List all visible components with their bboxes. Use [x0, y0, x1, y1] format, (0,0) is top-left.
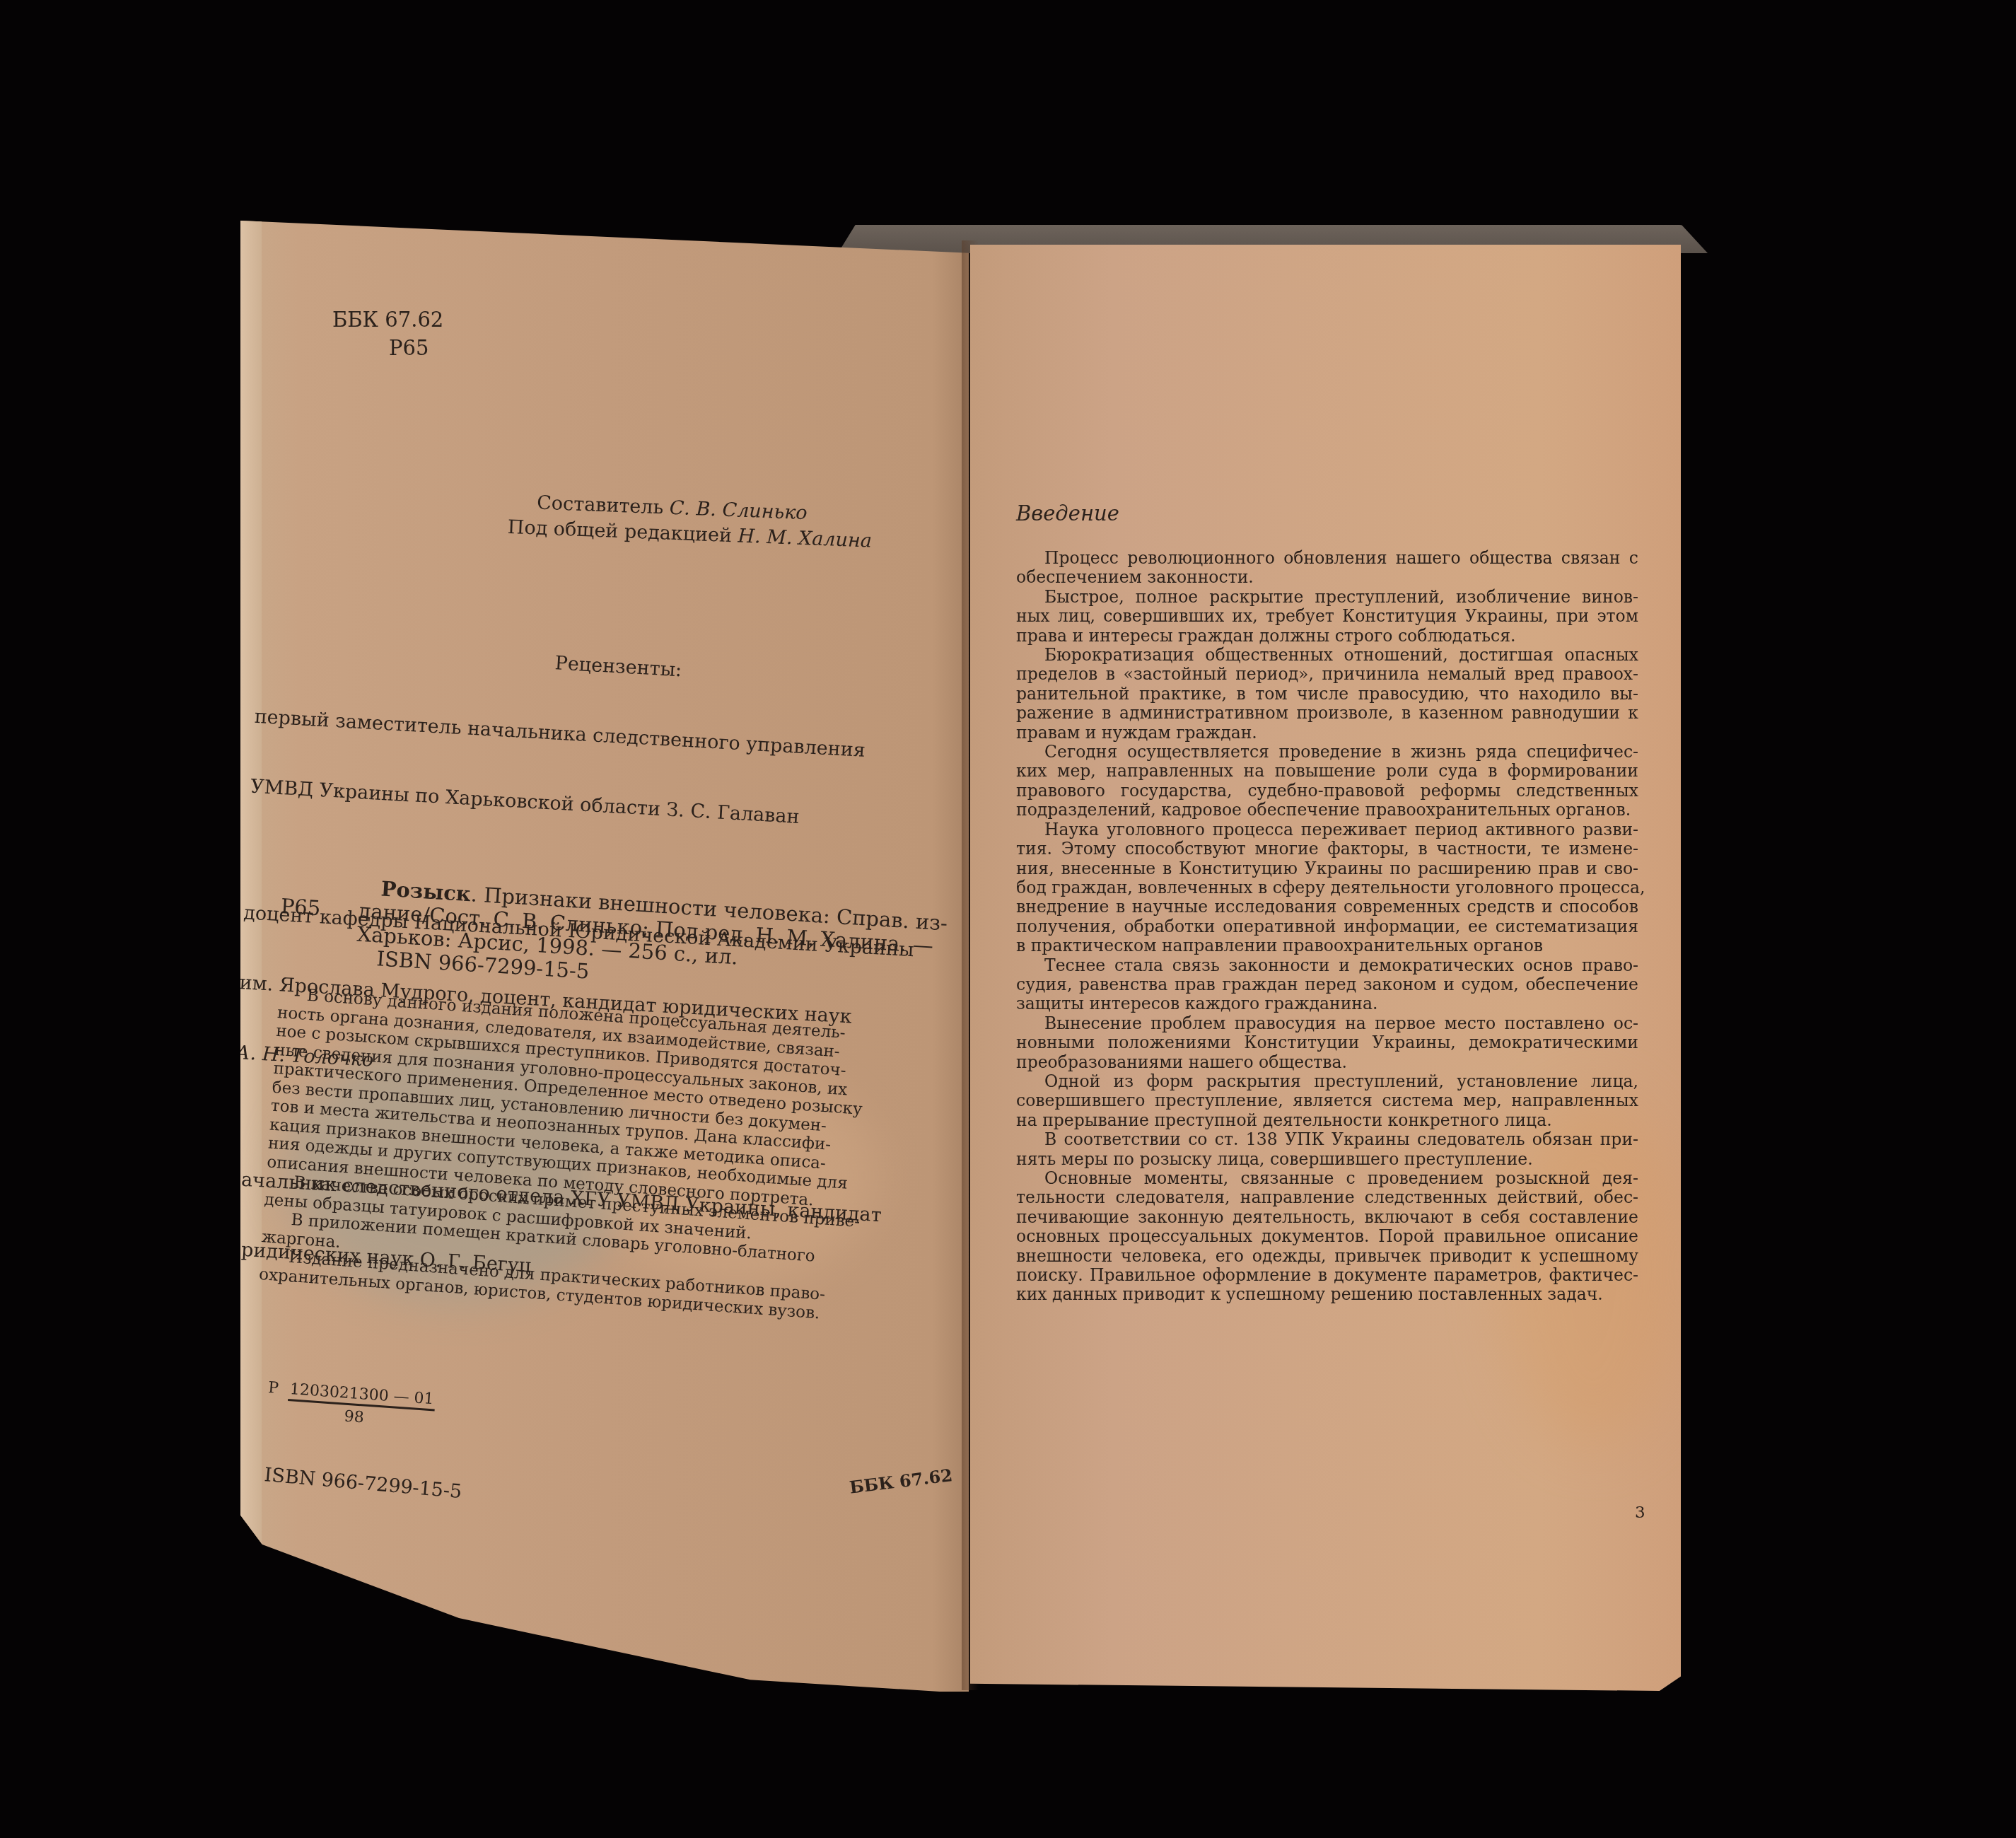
compiler-name: С. В. Слинько	[669, 497, 808, 524]
introduction-paragraph: Быстрое, полное раскрытие преступлений, …	[1016, 588, 1638, 646]
reviewer-line: первый заместитель начальника следственн…	[254, 705, 926, 766]
introduction-heading: Введение	[1016, 504, 1119, 524]
introduction-body: Процесс революционного обновления нашего…	[1016, 549, 1638, 1305]
introduction-paragraph: Наука уголовного процесса переживает пер…	[1016, 820, 1638, 956]
abstract-text: В основу данного издания положена процес…	[258, 984, 873, 1325]
text-line: защиты интересов каждого гражданина.	[1016, 994, 1638, 1013]
introduction-paragraph: Бюрократизация общественных отношений, д…	[1016, 646, 1638, 743]
right-page-introduction: Введение Процесс революционного обновлен…	[970, 245, 1681, 1691]
text-line: Теснее стала связь законности и демократ…	[1016, 956, 1638, 975]
author-mark: Р65	[332, 334, 443, 362]
text-line: Основные моменты, связанные с проведение…	[1016, 1169, 1638, 1188]
introduction-paragraph: Вынесение проблем правосудия на первое м…	[1016, 1014, 1638, 1072]
introduction-paragraph: Основные моменты, связанные с проведение…	[1016, 1169, 1638, 1305]
text-line: Процесс революционного обновления нашего…	[1016, 549, 1638, 568]
isbn-bottom: ISBN 966-7299-15-5	[264, 1465, 463, 1501]
text-line: преобразованиями нашего общества.	[1016, 1053, 1638, 1072]
text-line: печивающие законную деятельность, включа…	[1016, 1208, 1638, 1227]
text-line: правам и нуждам граждан.	[1016, 723, 1638, 743]
open-book-photo: ББК 67.62 Р65 Составитель С. В. Слинько …	[0, 0, 2016, 1838]
text-line: Быстрое, полное раскрытие преступлений, …	[1016, 588, 1638, 607]
text-line: ния, внесенные в Конституцию Украины по …	[1016, 859, 1638, 878]
text-line: пределов в «застойный период», причинила…	[1016, 665, 1638, 684]
introduction-paragraph: Одной из форм раскрытия преступлений, ус…	[1016, 1072, 1638, 1130]
text-line: Бюрократизация общественных отношений, д…	[1016, 646, 1638, 665]
text-line: тельности следователя, направление следс…	[1016, 1188, 1638, 1207]
text-line: Вынесение проблем правосудия на первое м…	[1016, 1014, 1638, 1033]
text-line: правового государства, судебно-правовой …	[1016, 781, 1638, 801]
compiler-block: Составитель С. В. Слинько Под общей реда…	[507, 489, 873, 554]
reviewer-line: УМВД Украины по Харьковской области З. С…	[250, 775, 921, 836]
left-page-copyright: ББК 67.62 Р65 Составитель С. В. Слинько …	[240, 221, 969, 1692]
text-line: совершившего преступление, является сист…	[1016, 1091, 1638, 1110]
text-line: обеспечением законности.	[1016, 568, 1638, 587]
text-line: ких мер, направленных на повышение роли …	[1016, 762, 1638, 781]
text-line: на прерывание преступной деятельности ко…	[1016, 1111, 1638, 1130]
page-number: 3	[1635, 1505, 1645, 1521]
text-line: нять меры по розыску лица, совершившего …	[1016, 1150, 1638, 1169]
text-line: подразделений, кадровое обеспечение прав…	[1016, 801, 1638, 820]
compiler-label: Составитель	[537, 492, 670, 519]
text-line: тия. Этому способствуют многие факторы, …	[1016, 839, 1638, 859]
text-line: ранительной практике, в том числе правос…	[1016, 685, 1638, 704]
introduction-paragraph: Теснее стала связь законности и демократ…	[1016, 956, 1638, 1014]
text-line: Сегодня осуществляется проведение в жизн…	[1016, 743, 1638, 762]
introduction-paragraph: Сегодня осуществляется проведение в жизн…	[1016, 743, 1638, 820]
text-line: новными положениями Конституции Украины,…	[1016, 1033, 1638, 1052]
text-line: В соответствии со ст. 138 УПК Украины сл…	[1016, 1130, 1638, 1149]
text-line: внешности человека, его одежды, привычек…	[1016, 1247, 1638, 1266]
bbk-classification-top: ББК 67.62 Р65	[332, 306, 443, 362]
publication-code-prefix: Р	[267, 1379, 279, 1397]
introduction-paragraph: Процесс революционного обновления нашего…	[1016, 549, 1638, 588]
text-line: в практическом направлении правоохраните…	[1016, 936, 1638, 955]
catalog-code: Р65	[280, 895, 359, 923]
text-line: Наука уголовного процесса переживает пер…	[1016, 820, 1638, 839]
text-line: Одной из форм раскрытия преступлений, ус…	[1016, 1072, 1638, 1091]
reviewers-heading: Рецензенты:	[257, 635, 929, 696]
text-line: ных лиц, совершивших их, требует Констит…	[1016, 607, 1638, 626]
introduction-paragraph: В соответствии со ст. 138 УПК Украины сл…	[1016, 1130, 1638, 1169]
text-line: бод граждан, вовлеченных в сферу деятель…	[1016, 878, 1638, 897]
text-line: права и интересы граждан должны строго с…	[1016, 627, 1638, 646]
publication-code: Р1203021300 — 01 98	[266, 1380, 436, 1431]
text-line: внедрение в научные исследования совреме…	[1016, 897, 1638, 917]
text-line: ражение в административном произволе, в …	[1016, 704, 1638, 723]
text-line: ких данных приводит к успешному решению …	[1016, 1285, 1638, 1304]
bbk-code: ББК 67.62	[332, 306, 443, 334]
text-line: основных процессуальных документов. Поро…	[1016, 1227, 1638, 1246]
editor-name: Н. М. Халина	[738, 525, 872, 552]
text-line: поиску. Правильное оформление в документ…	[1016, 1266, 1638, 1285]
bbk-bottom: ББК 67.62	[849, 1467, 953, 1496]
text-line: судия, равенства прав граждан перед зако…	[1016, 975, 1638, 994]
text-line: получения, обработки оперативной информа…	[1016, 917, 1638, 936]
